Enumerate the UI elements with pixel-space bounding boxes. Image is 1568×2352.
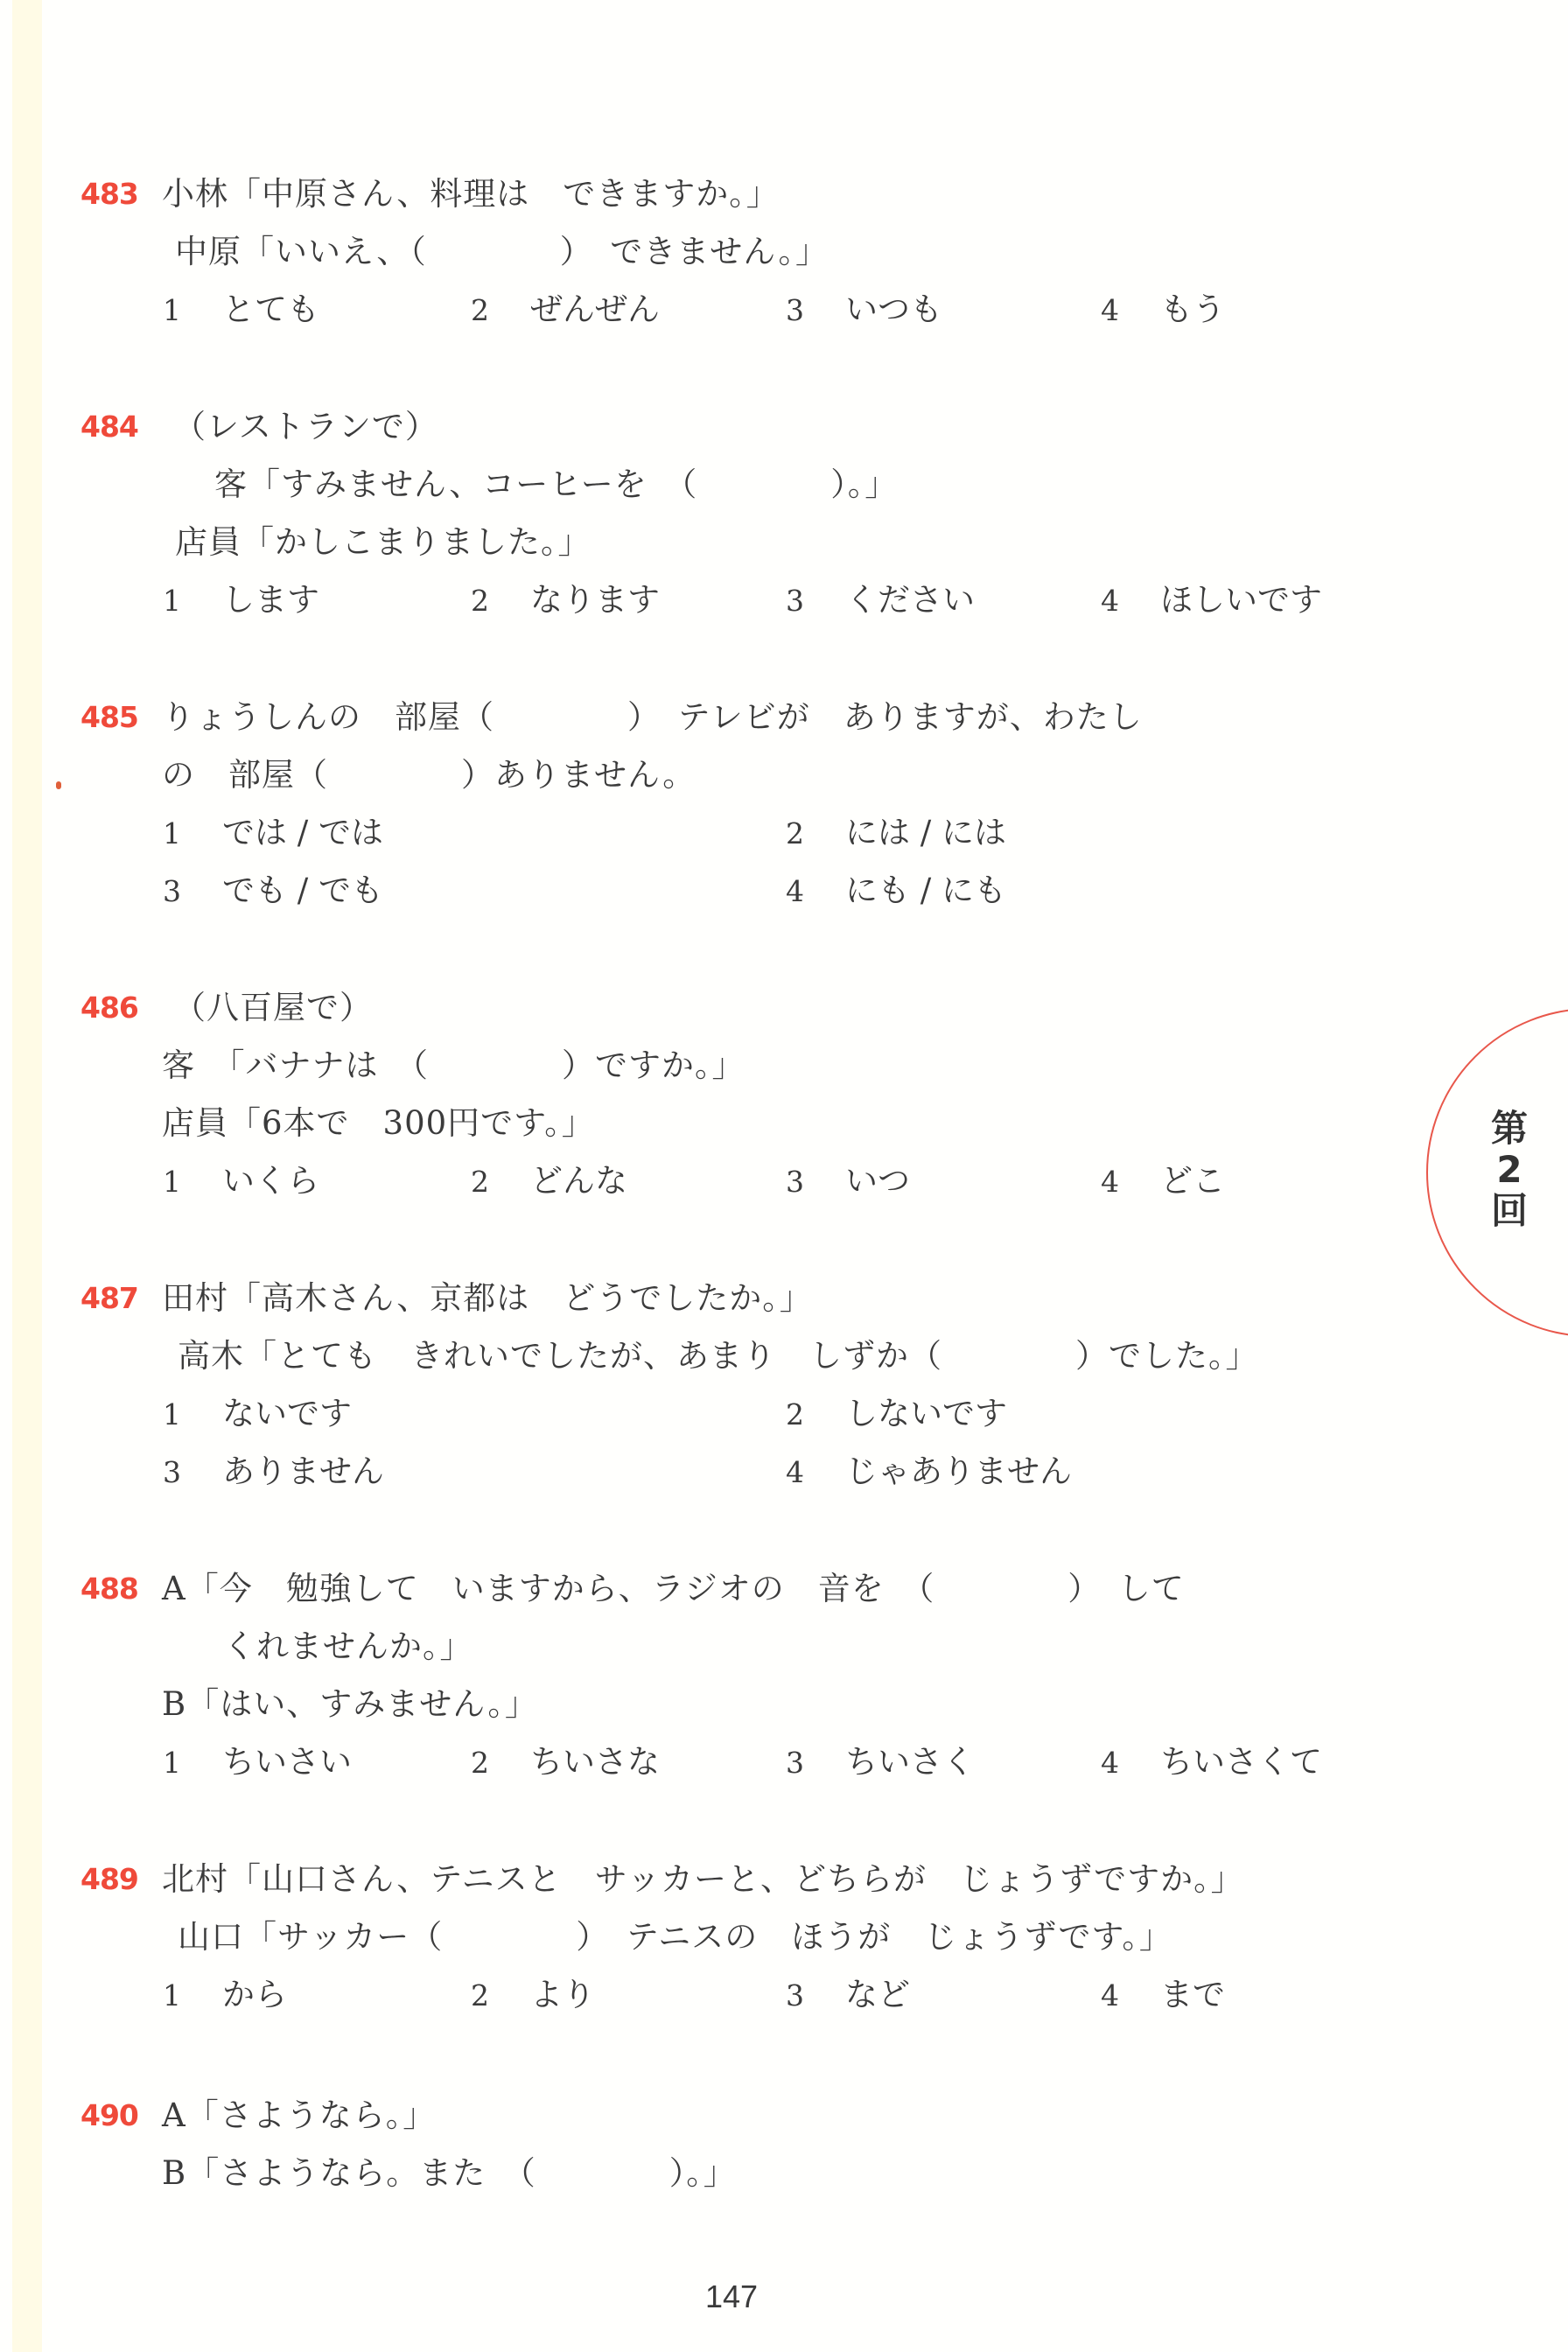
option-2[interactable]: 2なります	[471, 581, 660, 620]
option-text: じゃありません	[845, 1452, 1072, 1490]
option-1[interactable]: 1ちいさい	[163, 1743, 352, 1782]
option-1[interactable]: 1します	[163, 581, 319, 620]
option-text: ちいさい	[222, 1743, 352, 1781]
option-text: とても	[222, 290, 319, 328]
section-tab-label: 第 2 回	[1487, 1108, 1531, 1231]
option-2[interactable]: 2には / には	[786, 814, 1006, 853]
option-3[interactable]: 3でも / でも	[163, 871, 383, 911]
option-number: 4	[1101, 582, 1160, 620]
option-number: 2	[471, 291, 530, 330]
option-number: 4	[1101, 291, 1160, 330]
option-number: 1	[163, 582, 222, 620]
option-text: ちいさく	[845, 1743, 975, 1781]
option-text: いつも	[845, 290, 942, 328]
dialogue-line: くれませんか。」	[223, 1627, 473, 1666]
option-number: 4	[1101, 1163, 1160, 1201]
question-number: 483	[80, 177, 138, 212]
option-3[interactable]: 3いつも	[786, 290, 942, 330]
option-number: 3	[163, 1453, 222, 1492]
option-number: 2	[471, 1163, 530, 1201]
dialogue-line: 小林「中原さん、料理は できますか。」	[162, 175, 780, 213]
question-number: 487	[80, 1281, 138, 1316]
option-text: ください	[845, 581, 975, 619]
option-number: 1	[163, 1163, 222, 1201]
option-number: 3	[786, 291, 845, 330]
option-1[interactable]: 1では / では	[163, 814, 383, 853]
dialogue-line: 北村「山口さん、テニスと サッカーと、どちらが じょうずですか。」	[162, 1860, 1244, 1899]
option-text: どこ	[1160, 1162, 1225, 1200]
dialogue-line: 田村「高木さん、京都は どうでしたか。」	[162, 1279, 813, 1318]
dialogue-line: A「さようなら。」	[162, 2096, 436, 2135]
dialogue-line: 店員「かしこまりました。」	[175, 523, 591, 562]
page-edge-tint	[12, 0, 42, 2352]
option-2[interactable]: 2しないです	[786, 1395, 1007, 1434]
dialogue-line: 中原「いいえ、（ ） できません。」	[175, 233, 829, 271]
option-2[interactable]: 2より	[471, 1976, 595, 2015]
option-text: ありません	[222, 1452, 384, 1490]
option-text: にも / にも	[845, 871, 1006, 909]
option-2[interactable]: 2どんな	[471, 1162, 627, 1201]
option-number: 3	[786, 582, 845, 620]
option-2[interactable]: 2ちいさな	[471, 1743, 660, 1782]
option-number: 2	[471, 1744, 530, 1782]
option-number: 2	[471, 582, 530, 620]
option-4[interactable]: 4にも / にも	[786, 871, 1006, 911]
print-speck	[56, 781, 61, 789]
dialogue-line: A「今 勉強して いますから、ラジオの 音を （ ） して	[162, 1570, 1185, 1608]
page-number: 147	[705, 2278, 758, 2315]
option-text: ほしいです	[1160, 581, 1322, 619]
option-text: しないです	[845, 1395, 1007, 1432]
option-number: 1	[163, 815, 222, 853]
option-4[interactable]: 4ちいさくて	[1101, 1743, 1322, 1782]
option-text: ちいさくて	[1160, 1743, 1322, 1781]
option-3[interactable]: 3ください	[786, 581, 975, 620]
question-number: 489	[80, 1862, 138, 1897]
option-4[interactable]: 4まで	[1101, 1976, 1225, 2015]
option-4[interactable]: 4ほしいです	[1101, 581, 1322, 620]
option-4[interactable]: 4もう	[1101, 290, 1225, 330]
option-number: 2	[471, 1977, 530, 2015]
question-text: りょうしんの 部屋（ ） テレビが ありますが、わたし	[162, 698, 1143, 737]
option-text: など	[845, 1976, 910, 2013]
option-number: 2	[786, 1396, 845, 1434]
dialogue-line: 客「すみません、コーヒーを （ ）。」	[214, 465, 898, 504]
option-1[interactable]: 1から	[163, 1976, 287, 2015]
question-text: の 部屋（ ）ありません。	[162, 756, 696, 794]
option-text: まで	[1160, 1976, 1225, 2013]
option-1[interactable]: 1ないです	[163, 1395, 352, 1434]
option-2[interactable]: 2ぜんぜん	[471, 290, 660, 330]
option-text: ないです	[222, 1395, 352, 1432]
option-number: 4	[1101, 1977, 1160, 2015]
option-text: ちいさな	[530, 1743, 660, 1781]
dialogue-line: 客 「バナナは （ ）ですか。」	[162, 1046, 745, 1085]
question-number: 484	[80, 409, 138, 444]
option-number: 3	[786, 1977, 845, 2015]
option-text: いつ	[845, 1162, 910, 1200]
option-number: 1	[163, 1977, 222, 2015]
option-text: から	[222, 1976, 287, 2013]
option-1[interactable]: 1とても	[163, 290, 319, 330]
option-3[interactable]: 3ありません	[163, 1452, 384, 1492]
question-number: 488	[80, 1571, 138, 1606]
option-text: もう	[1160, 290, 1225, 328]
option-number: 4	[786, 1453, 845, 1492]
question-number: 490	[80, 2098, 138, 2133]
option-text: でも / でも	[222, 871, 383, 909]
option-number: 4	[1101, 1744, 1160, 1782]
option-text: より	[530, 1976, 595, 2013]
option-3[interactable]: 3ちいさく	[786, 1743, 975, 1782]
option-text: には / には	[845, 814, 1006, 851]
option-number: 4	[786, 872, 845, 911]
option-number: 3	[163, 872, 222, 911]
question-number: 486	[80, 990, 138, 1025]
option-number: 1	[163, 1744, 222, 1782]
option-text: では / では	[222, 814, 383, 851]
option-text: ぜんぜん	[530, 290, 660, 328]
option-3[interactable]: 3など	[786, 1976, 910, 2015]
scene-note: （レストランで）	[173, 408, 438, 446]
dialogue-line: 店員「6本で 300円です。」	[162, 1104, 595, 1143]
option-1[interactable]: 1いくら	[163, 1162, 319, 1201]
option-text: どんな	[530, 1162, 627, 1200]
option-3[interactable]: 3いつ	[786, 1162, 910, 1201]
option-number: 1	[163, 1396, 222, 1434]
option-number: 3	[786, 1163, 845, 1201]
option-number: 3	[786, 1744, 845, 1782]
option-text: なります	[530, 581, 660, 619]
option-text: します	[222, 581, 319, 619]
option-4[interactable]: 4じゃありません	[786, 1452, 1072, 1492]
scene-note: （八百屋で）	[173, 989, 373, 1027]
option-number: 1	[163, 291, 222, 330]
question-number: 485	[80, 700, 138, 735]
option-number: 2	[786, 815, 845, 853]
dialogue-line: B「さようなら。また （ ）。」	[162, 2154, 737, 2193]
option-4[interactable]: 4どこ	[1101, 1162, 1225, 1201]
dialogue-line: 山口「サッカー（ ） テニスの ほうが じょうずです。」	[178, 1918, 1172, 1956]
dialogue-line: B「はい、すみません。」	[162, 1685, 538, 1724]
option-text: いくら	[222, 1162, 319, 1200]
dialogue-line: 高木「とても きれいでしたが、あまり しずか（ ）でした。」	[178, 1337, 1259, 1375]
